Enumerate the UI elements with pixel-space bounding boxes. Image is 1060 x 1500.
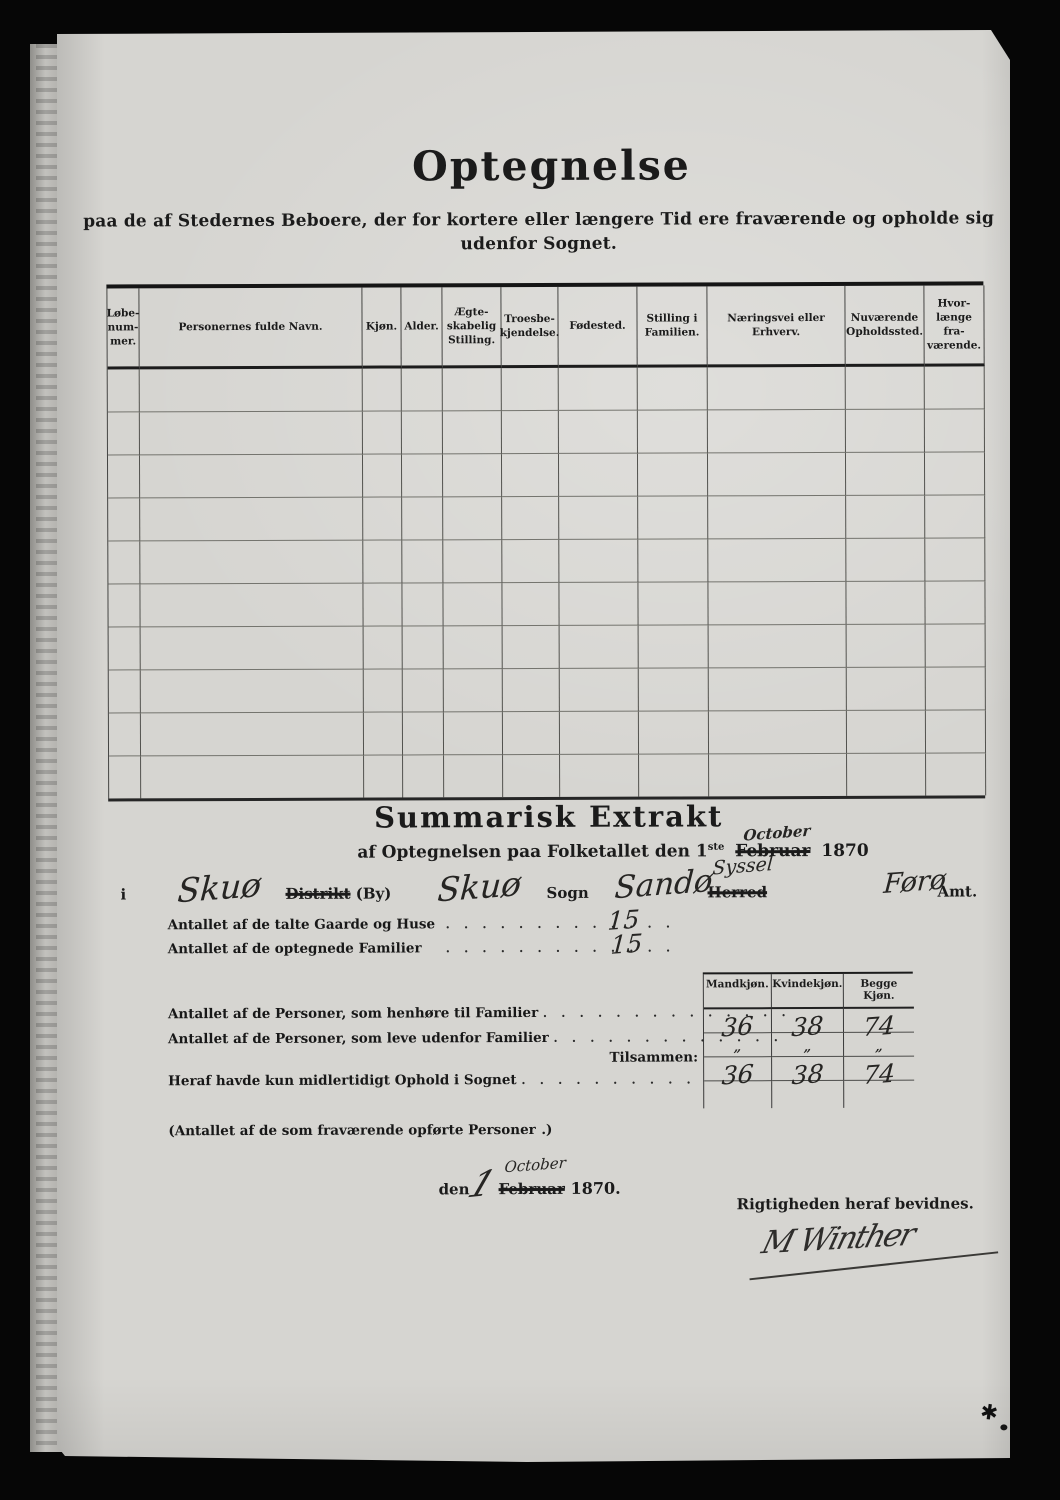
empty-cell bbox=[364, 626, 403, 669]
empty-cell bbox=[926, 667, 986, 710]
col-fravaerende: Hvor-længe fra-værende. bbox=[924, 285, 984, 366]
empty-cell bbox=[503, 626, 560, 669]
empty-cell bbox=[363, 454, 402, 497]
attestation-label: Rigtigheden heraf bevidnes. bbox=[737, 1194, 974, 1213]
col-kjon: Kjøn. bbox=[362, 287, 401, 368]
empty-cell bbox=[925, 452, 985, 495]
empty-cell bbox=[639, 668, 709, 711]
signature: M Winther bbox=[758, 1216, 918, 1261]
empty-cell bbox=[639, 711, 709, 754]
empty-cell bbox=[108, 498, 140, 541]
handwritten-herred: Sandø bbox=[614, 866, 714, 904]
empty-cell bbox=[709, 754, 847, 796]
summary-cell: 74 bbox=[844, 1057, 914, 1081]
empty-cell bbox=[846, 539, 925, 582]
extract-sub-year: 1870 bbox=[821, 841, 868, 861]
district-label: Distrikt (By) bbox=[285, 884, 391, 902]
census-form-paper: Optegnelse paa de af Stedernes Beboere, … bbox=[57, 30, 1010, 1462]
empty-cell bbox=[364, 669, 403, 712]
col-alder: Alder. bbox=[401, 287, 442, 368]
empty-cell bbox=[709, 711, 847, 754]
empty-cell bbox=[846, 582, 925, 625]
empty-cell bbox=[847, 711, 926, 754]
empty-cell bbox=[559, 497, 638, 540]
col-fodested: Fødested. bbox=[558, 287, 637, 368]
summary-cell: 36 bbox=[704, 1057, 772, 1081]
ink-dot bbox=[1000, 1424, 1007, 1430]
subtitle-line2: udenfor Sognet. bbox=[55, 232, 1008, 255]
struck-herred: Herred bbox=[707, 883, 767, 901]
extract-sub-day-suffix: ste bbox=[708, 842, 725, 853]
empty-cell bbox=[708, 539, 846, 582]
persons-outside-families-label: Antallet af de Personer, som leve udenfo… bbox=[168, 1029, 783, 1047]
empty-cell bbox=[444, 626, 503, 669]
empty-cell bbox=[708, 453, 846, 496]
page-title: Optegnelse bbox=[55, 140, 1008, 191]
empty-cell bbox=[925, 495, 985, 538]
empty-cell bbox=[925, 366, 985, 409]
empty-cell bbox=[925, 538, 985, 581]
absent-note-close: .) bbox=[541, 1122, 552, 1138]
empty-cell bbox=[140, 369, 363, 413]
empty-cell bbox=[560, 755, 639, 797]
empty-cell bbox=[708, 410, 846, 453]
empty-cell bbox=[109, 713, 141, 756]
empty-cell bbox=[140, 584, 363, 628]
empty-cell bbox=[560, 669, 639, 712]
empty-cell bbox=[847, 754, 926, 796]
empty-cell bbox=[503, 755, 560, 797]
empty-cell bbox=[638, 539, 708, 582]
empty-cell bbox=[108, 584, 140, 627]
empty-cell bbox=[846, 367, 925, 410]
summary-cell: 38 bbox=[772, 1057, 844, 1081]
empty-cell bbox=[638, 453, 708, 496]
ditto-mark: „ bbox=[844, 1038, 915, 1056]
extract-sub-prefix: af Optegnelsen paa Folketallet den bbox=[357, 841, 690, 862]
empty-cell bbox=[708, 496, 846, 539]
heraf-label: Heraf havde kun midlertidigt Ophold i So… bbox=[168, 1071, 696, 1089]
col-opholdssted: Nuværende Opholdssted. bbox=[845, 286, 924, 367]
empty-cell bbox=[444, 755, 503, 797]
empty-cell bbox=[402, 540, 443, 583]
struck-distrikt: Distrikt bbox=[285, 885, 350, 903]
empty-cell bbox=[502, 368, 559, 411]
subtitle-line1: paa de af Stedernes Beboere, der for kor… bbox=[55, 208, 1008, 231]
empty-cell bbox=[141, 670, 364, 714]
empty-cell bbox=[708, 582, 846, 625]
col-navn: Personernes fulde Navn. bbox=[139, 288, 362, 370]
empty-cell bbox=[502, 497, 559, 540]
extract-sub-day: 1 bbox=[696, 841, 708, 861]
empty-cell bbox=[141, 713, 364, 757]
empty-cell bbox=[925, 581, 985, 624]
empty-cell bbox=[403, 755, 444, 797]
empty-cell bbox=[846, 496, 925, 539]
handwritten-month-date: October bbox=[504, 1156, 566, 1176]
empty-cell bbox=[443, 497, 502, 540]
empty-cell bbox=[403, 626, 444, 669]
empty-cell bbox=[141, 756, 364, 799]
empty-cell bbox=[364, 755, 403, 797]
empty-cell bbox=[709, 668, 847, 711]
empty-cell bbox=[559, 454, 638, 497]
leader-dots: . . . . . . . . . . . . . . bbox=[543, 1005, 791, 1020]
handwritten-total: 38 bbox=[771, 1059, 843, 1089]
empty-cell bbox=[639, 754, 709, 796]
empty-cell bbox=[140, 412, 363, 456]
empty-cell bbox=[443, 411, 502, 454]
empty-cell bbox=[363, 368, 402, 411]
empty-cell bbox=[708, 367, 846, 410]
empty-cell bbox=[443, 540, 502, 583]
empty-cell bbox=[108, 455, 140, 498]
leader-dots: . . . . . . . . . . bbox=[521, 1072, 695, 1087]
empty-cell bbox=[503, 669, 560, 712]
empty-cell bbox=[638, 367, 708, 410]
empty-cell bbox=[847, 668, 926, 711]
date-year: 1870. bbox=[571, 1179, 621, 1198]
empty-cell bbox=[926, 710, 986, 753]
handwritten-sogn: Skuø bbox=[436, 867, 522, 906]
district-by: (By) bbox=[356, 884, 392, 902]
empty-cell bbox=[846, 410, 925, 453]
empty-cell bbox=[363, 497, 402, 540]
struck-month-date: Februar bbox=[499, 1180, 565, 1198]
empty-cell bbox=[402, 368, 443, 411]
empty-cell bbox=[925, 409, 985, 452]
empty-cell bbox=[502, 583, 559, 626]
sogn-label: Sogn bbox=[546, 884, 588, 902]
summary-cell: „ bbox=[844, 1033, 914, 1057]
empty-cell bbox=[709, 625, 847, 668]
empty-cell bbox=[443, 368, 502, 411]
absent-note: (Antallet af de som fraværende opførte P… bbox=[168, 1122, 536, 1139]
empty-cell bbox=[108, 412, 140, 455]
empty-cell bbox=[502, 454, 559, 497]
tilsammen-label: Tilsammen: bbox=[578, 1049, 698, 1065]
loc-i: i bbox=[120, 885, 126, 903]
handwritten-count-familier: 15 bbox=[610, 930, 643, 958]
empty-cell bbox=[403, 669, 444, 712]
empty-cell bbox=[502, 540, 559, 583]
empty-cell bbox=[402, 454, 443, 497]
scanned-census-page: Optegnelse paa de af Stedernes Beboere, … bbox=[0, 0, 1060, 1500]
asterisk-ink-mark: ✱ bbox=[979, 1399, 1000, 1425]
empty-cell bbox=[638, 410, 708, 453]
empty-cell bbox=[559, 540, 638, 583]
handwritten-total: 74 bbox=[843, 1059, 914, 1089]
empty-cell bbox=[559, 411, 638, 454]
empty-cell bbox=[638, 496, 708, 539]
col-lobenummer: Løbe-num-mer. bbox=[107, 288, 139, 369]
empty-cell bbox=[141, 627, 364, 671]
empty-cell bbox=[109, 756, 141, 798]
empty-cell bbox=[846, 453, 925, 496]
empty-cell bbox=[363, 540, 402, 583]
empty-cell bbox=[109, 670, 141, 713]
empty-cell bbox=[363, 411, 402, 454]
leader-dots: . . . . . . . . . . . . . bbox=[553, 1030, 783, 1045]
amt-label: Amt. bbox=[937, 882, 977, 900]
empty-cell bbox=[444, 712, 503, 755]
census-table-body bbox=[107, 366, 985, 798]
empty-cell bbox=[926, 753, 986, 795]
empty-cell bbox=[363, 583, 402, 626]
count-familier-label: Antallet af de optegnede Familier bbox=[168, 940, 422, 957]
date-prefix: den bbox=[439, 1180, 470, 1198]
col-naeringsvei: Næringsvei eller Erhverv. bbox=[707, 286, 845, 367]
census-table: Løbe-num-mer. Personernes fulde Navn. Kj… bbox=[106, 281, 985, 801]
empty-cell bbox=[403, 712, 444, 755]
empty-cell bbox=[402, 497, 443, 540]
empty-cell bbox=[108, 369, 140, 412]
persons-in-families-label: Antallet af de Personer, som henhøre til… bbox=[168, 1004, 791, 1022]
empty-cell bbox=[559, 368, 638, 411]
empty-cell bbox=[560, 626, 639, 669]
count-gaarde-label: Antallet af de talte Gaarde og Huse bbox=[168, 916, 436, 933]
handwritten-total: 36 bbox=[703, 1060, 771, 1090]
count-familier-line: Antallet af de optegnede Familier . . . … bbox=[58, 938, 1011, 971]
col-stilling-familien: Stilling i Familien. bbox=[637, 286, 707, 367]
col-aegteskabelig: Ægte-skabelig Stilling. bbox=[442, 287, 501, 368]
empty-cell bbox=[443, 583, 502, 626]
empty-cell bbox=[364, 712, 403, 755]
empty-cell bbox=[108, 541, 140, 584]
empty-cell bbox=[402, 583, 443, 626]
empty-cell bbox=[559, 583, 638, 626]
census-table-header: Løbe-num-mer. Personernes fulde Navn. Kj… bbox=[106, 285, 983, 369]
handwritten-district: Skuø bbox=[177, 868, 263, 907]
empty-cell bbox=[847, 625, 926, 668]
handwritten-syssel: Syssel bbox=[712, 855, 774, 879]
empty-cell bbox=[926, 624, 986, 667]
form-content: Optegnelse paa de af Stedernes Beboere, … bbox=[55, 28, 1013, 1463]
empty-cell bbox=[639, 625, 709, 668]
summary-col-beggekjon: Begge Kjøn. bbox=[844, 974, 914, 1009]
empty-cell bbox=[503, 712, 560, 755]
empty-cell bbox=[140, 455, 363, 499]
empty-cell bbox=[140, 498, 363, 542]
empty-cell bbox=[444, 669, 503, 712]
empty-cell bbox=[402, 411, 443, 454]
extract-heading: Summarisk Extrakt bbox=[57, 798, 1010, 835]
binding-streaks bbox=[36, 44, 58, 1452]
extract-subheading: af Optegnelsen paa Folketallet den 1ste … bbox=[357, 841, 868, 863]
empty-cell bbox=[560, 712, 639, 755]
col-troesbekjendelse: Troesbe-kjendelse. bbox=[501, 287, 558, 368]
summary-cell: 74 bbox=[844, 1009, 914, 1033]
empty-cell bbox=[502, 411, 559, 454]
empty-cell bbox=[638, 582, 708, 625]
empty-cell bbox=[443, 454, 502, 497]
empty-cell bbox=[109, 627, 141, 670]
empty-cell bbox=[140, 541, 363, 585]
